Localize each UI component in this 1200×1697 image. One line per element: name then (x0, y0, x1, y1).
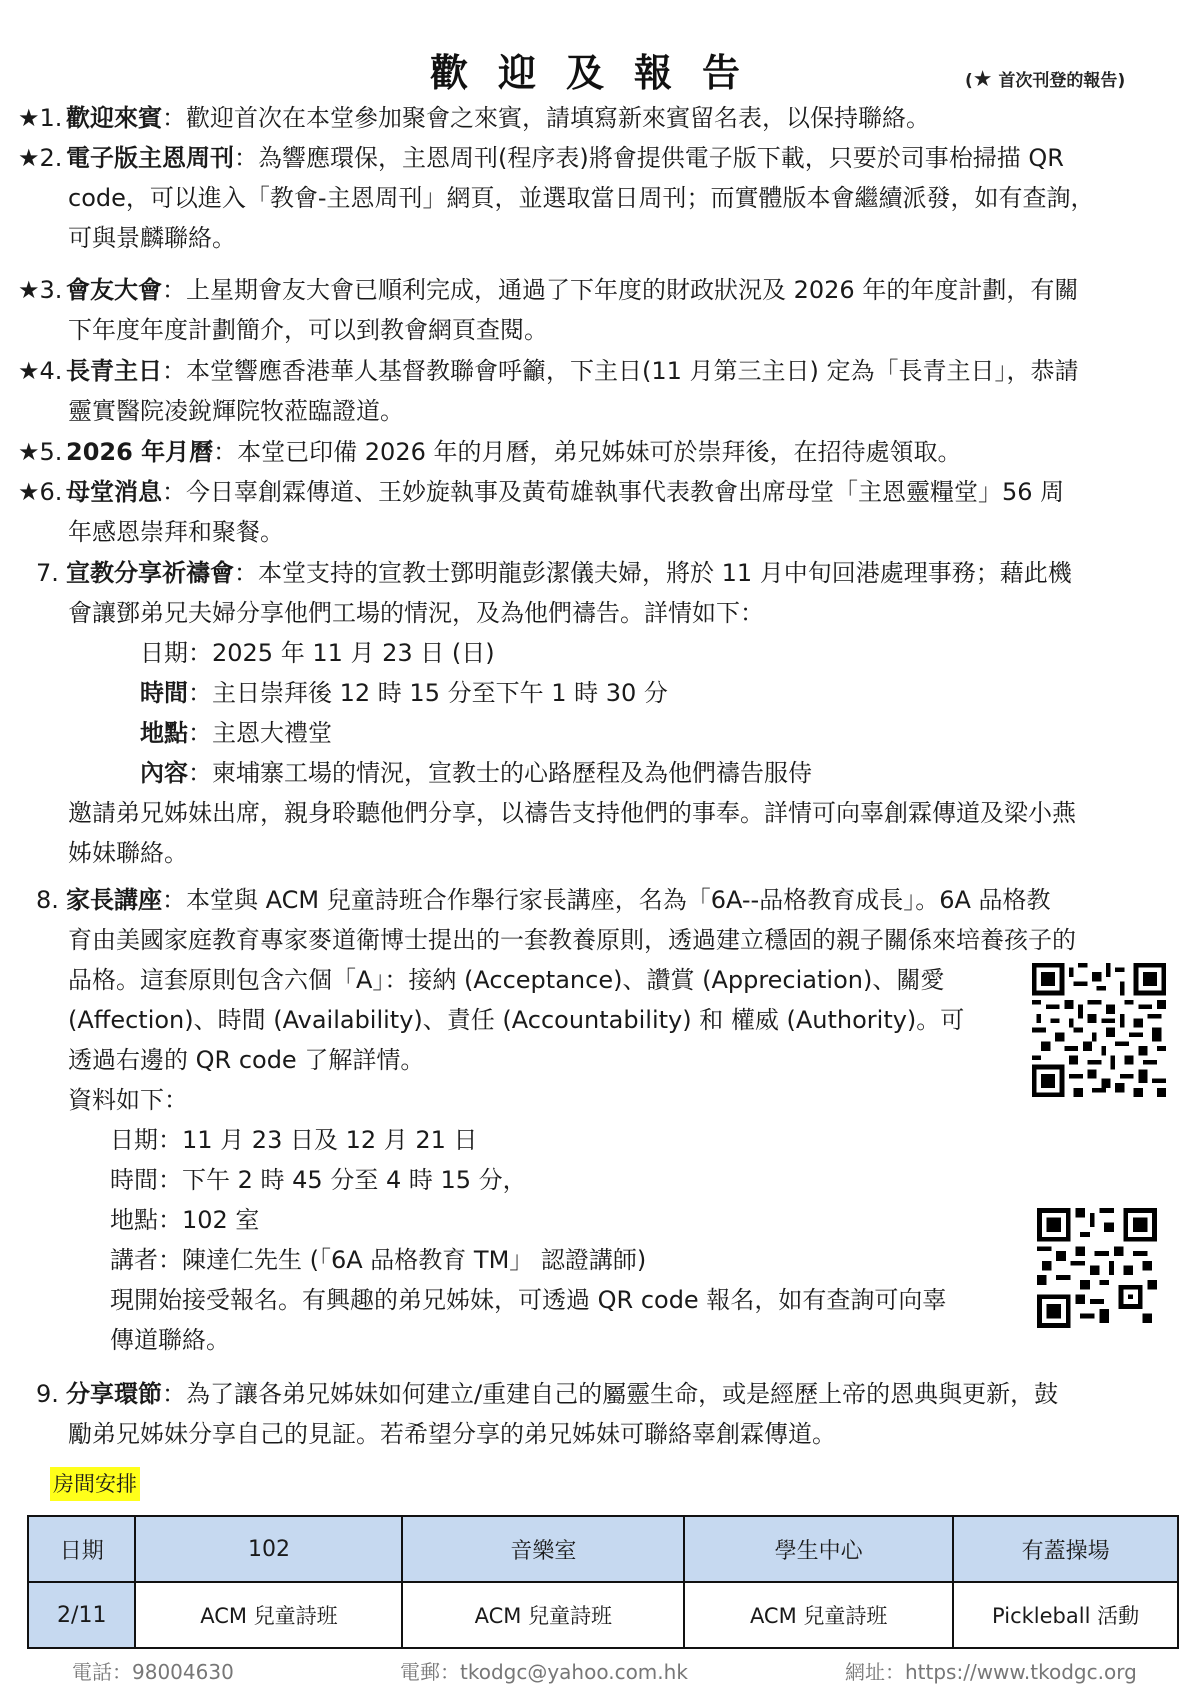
item-heading: 電子版主恩周刊 (66, 144, 234, 172)
item-text: 靈實醫院凌銳輝院牧蒞臨證道。 (18, 391, 1168, 431)
item-text: ：為了讓各弟兄姊妹如何建立/重建自己的屬靈生命，或是經歷上帝的恩典與更新，鼓 (162, 1380, 1058, 1408)
item-marker: ★4. (18, 351, 66, 391)
item-text: 品格。這套原則包含六個「A」：接納 (Acceptance)、讚賞 (Appre… (18, 960, 1168, 1000)
announcement-3: ★3.會友大會：上星期會友大會已順利完成，通過了下年度的財政狀況及 2026 年… (18, 270, 1168, 350)
item-marker: 7. (18, 553, 66, 593)
column-header: 日期 (28, 1516, 135, 1582)
detail-date: 日期：11 月 23 日及 12 月 21 日 (18, 1120, 1168, 1160)
table-row: 2/11 ACM 兒童詩班 ACM 兒童詩班 ACM 兒童詩班 Pickleba… (28, 1582, 1178, 1648)
detail-contact: 傳道聯絡。 (18, 1320, 1168, 1360)
table-cell-date: 2/11 (28, 1582, 135, 1648)
detail-speaker: 講者：陳達仁先生 (「6A 品格教育 TM」 認證講師) (18, 1240, 1168, 1280)
star-icon: ★ (973, 67, 993, 92)
announcement-7: 7.宣教分享祈禱會：本堂支持的宣教士鄧明龍彭潔儀夫婦，將於 11 月中旬回港處理… (18, 553, 1168, 873)
item-text: 透過右邊的 QR code 了解詳情。 (18, 1040, 1168, 1080)
item-marker: 8. (18, 880, 66, 920)
qr-code-icon (1037, 1208, 1157, 1328)
item-marker: ★2. (18, 138, 66, 178)
detail-content: 內容：柬埔寨工場的情況，宣教士的心路歷程及為他們禱告服侍 (18, 753, 1168, 793)
item-heading: 2026 年月曆 (66, 438, 213, 466)
item-heading: 家長講座 (66, 886, 162, 914)
item-text: ：本堂響應香港華人基督教聯會呼籲，下主日(11 月第三主日) 定為「長青主日」，… (162, 357, 1079, 385)
star-icon: ★ (18, 144, 40, 172)
item-text: ：今日辜創霖傳道、王妙旋執事及黃荀雄執事代表教會出席母堂「主恩靈糧堂」56 周 (162, 478, 1064, 506)
item-text: 年感恩崇拜和聚餐。 (18, 512, 1168, 552)
detail-date: 日期：2025 年 11 月 23 日 (日) (18, 633, 1168, 673)
item-heading: 會友大會 (66, 276, 162, 304)
item-text: (Affection)、時間 (Availability)、責任 (Accoun… (18, 1000, 1168, 1040)
item-text: ：本堂支持的宣教士鄧明龍彭潔儀夫婦，將於 11 月中旬回港處理事務；藉此機 (234, 559, 1072, 587)
item-text: ：上星期會友大會已順利完成，通過了下年度的財政狀況及 2026 年的年度計劃，有… (162, 276, 1078, 304)
item-text: 育由美國家庭教育專家麥道衛博士提出的一套教養原則，透過建立穩固的親子關係來培養孩… (18, 920, 1168, 960)
announcement-6: ★6.母堂消息：今日辜創霖傳道、王妙旋執事及黃荀雄執事代表教會出席母堂「主恩靈糧… (18, 472, 1168, 552)
item-text: 勵弟兄姊妹分享自己的見証。若希望分享的弟兄姊妹可聯絡辜創霖傳道。 (18, 1414, 1168, 1454)
qr-code-6a-info[interactable] (1032, 963, 1166, 1097)
item-marker: 9. (18, 1374, 66, 1414)
column-header: 音樂室 (402, 1516, 684, 1582)
item-text: 可與景麟聯絡。 (18, 218, 1168, 258)
footer-website[interactable]: 網址：https://www.tkodgc.org (845, 1656, 1137, 1685)
item-heading: 母堂消息 (66, 478, 162, 506)
room-arrangement-label: 房間安排 (50, 1467, 140, 1501)
star-icon: ★ (18, 276, 40, 304)
star-icon: ★ (18, 104, 40, 132)
item-text: ：本堂與 ACM 兒童詩班合作舉行家長講座，名為「6A--品格教育成長」。6A … (162, 886, 1051, 914)
table-cell: Pickleball 活動 (953, 1582, 1178, 1648)
item-marker: ★1. (18, 98, 66, 138)
table-header-row: 日期 102 音樂室 學生中心 有蓋操場 (28, 1516, 1178, 1582)
legend-note: (★ 首次刊登的報告) (965, 66, 1125, 92)
table-cell: ACM 兒童詩班 (684, 1582, 953, 1648)
item-text: ：為響應環保，主恩周刊(程序表)將會提供電子版下載，只要於司事枱掃描 QR (234, 144, 1064, 172)
item-text: 資料如下： (18, 1080, 1168, 1120)
item-marker: ★6. (18, 472, 66, 512)
footer-email[interactable]: 電郵：tkodgc@yahoo.com.hk (400, 1656, 688, 1685)
detail-time: 時間：下午 2 時 45 分至 4 時 15 分， (18, 1160, 1168, 1200)
item-text: ：本堂已印備 2026 年的月曆，弟兄姊妹可於崇拜後，在招待處領取。 (213, 438, 961, 466)
legend-text: 首次刊登的報告 (998, 71, 1117, 91)
column-header: 102 (135, 1516, 402, 1582)
qr-code-icon (1032, 963, 1166, 1097)
announcement-5: ★5.2026 年月曆：本堂已印備 2026 年的月曆，弟兄姊妹可於崇拜後，在招… (18, 432, 1168, 472)
star-icon: ★ (18, 438, 40, 466)
table-cell: ACM 兒童詩班 (402, 1582, 684, 1648)
item-text: ：歡迎首次在本堂參加聚會之來賓，請填寫新來賓留名表，以保持聯絡。 (162, 104, 930, 132)
announcement-4: ★4.長青主日：本堂響應香港華人基督教聯會呼籲，下主日(11 月第三主日) 定為… (18, 351, 1168, 431)
item-text: 會讓鄧弟兄夫婦分享他們工場的情況，及為他們禱告。詳情如下： (18, 593, 1168, 633)
footer-phone: 電話：98004630 (72, 1656, 234, 1685)
qr-code-registration[interactable] (1037, 1208, 1157, 1328)
announcement-2: ★2.電子版主恩周刊：為響應環保，主恩周刊(程序表)將會提供電子版下載，只要於司… (18, 138, 1168, 258)
star-icon: ★ (18, 478, 40, 506)
detail-time: 時間：主日崇拜後 12 時 15 分至下午 1 時 30 分 (18, 673, 1168, 713)
detail-location: 地點：主恩大禮堂 (18, 713, 1168, 753)
item-marker: ★5. (18, 432, 66, 472)
announcement-1: ★1.歡迎來賓：歡迎首次在本堂參加聚會之來賓，請填寫新來賓留名表，以保持聯絡。 (18, 98, 1168, 138)
item-marker: ★3. (18, 270, 66, 310)
column-header: 學生中心 (684, 1516, 953, 1582)
star-icon: ★ (18, 357, 40, 385)
room-arrangement-table: 日期 102 音樂室 學生中心 有蓋操場 2/11 ACM 兒童詩班 ACM 兒… (27, 1515, 1179, 1649)
column-header: 有蓋操場 (953, 1516, 1178, 1582)
detail-location: 地點：102 室 (18, 1200, 1168, 1240)
announcement-8: 8.家長講座：本堂與 ACM 兒童詩班合作舉行家長講座，名為「6A--品格教育成… (18, 880, 1168, 1360)
announcement-9: 9.分享環節：為了讓各弟兄姊妹如何建立/重建自己的屬靈生命，或是經歷上帝的恩典與… (18, 1374, 1168, 1454)
item-text: 邀請弟兄姊妹出席，親身聆聽他們分享，以禱告支持他們的事奉。詳情可向辜創霖傳道及梁… (18, 793, 1168, 833)
item-text: 姊妹聯絡。 (18, 833, 1168, 873)
item-heading: 分享環節 (66, 1380, 162, 1408)
detail-registration: 現開始接受報名。有興趣的弟兄姊妹，可透過 QR code 報名，如有查詢可向辜 (18, 1280, 1168, 1320)
table-cell: ACM 兒童詩班 (135, 1582, 402, 1648)
item-heading: 歡迎來賓 (66, 104, 162, 132)
item-text: code，可以進入「教會-主恩周刊」網頁，並選取當日周刊；而實體版本會繼續派發，… (18, 178, 1168, 218)
item-heading: 長青主日 (66, 357, 162, 385)
item-text: 下年度年度計劃簡介，可以到教會網頁查閱。 (18, 310, 1168, 350)
item-heading: 宣教分享祈禱會 (66, 559, 234, 587)
